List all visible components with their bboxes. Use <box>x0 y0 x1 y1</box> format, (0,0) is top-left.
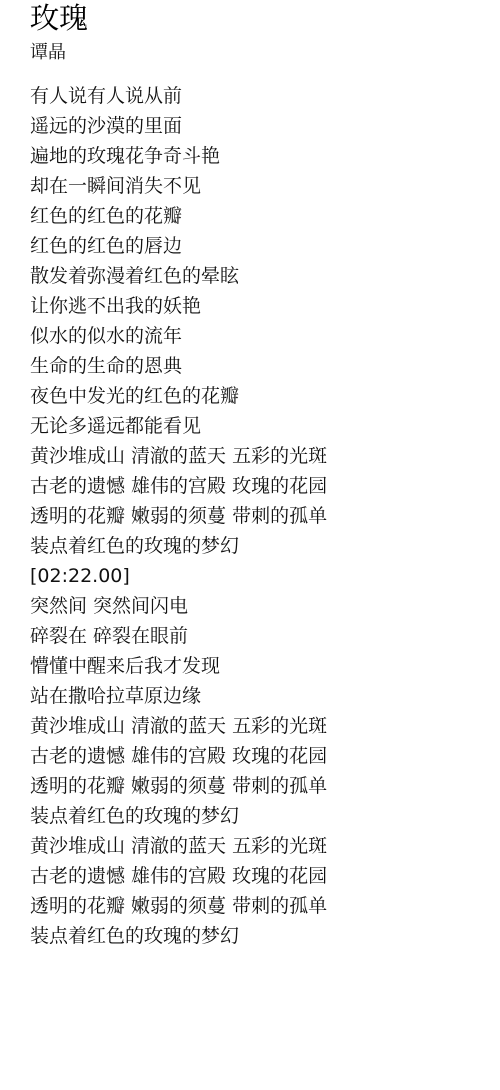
song-title: 玫瑰 <box>30 0 480 36</box>
lyric-line: 红色的红色的花瓣 <box>30 201 480 231</box>
lyric-line: 夜色中发光的红色的花瓣 <box>30 381 480 411</box>
lyric-line: 红色的红色的唇边 <box>30 231 480 261</box>
lyric-line: 遍地的玫瑰花争奇斗艳 <box>30 141 480 171</box>
lyric-line: 古老的遗憾 雄伟的宫殿 玫瑰的花园 <box>30 861 480 891</box>
lyric-timestamp: [02:22.00] <box>30 561 480 591</box>
lyric-line: 无论多遥远都能看见 <box>30 411 480 441</box>
lyric-line: 有人说有人说从前 <box>30 81 480 111</box>
lyric-line: 黄沙堆成山 清澈的蓝天 五彩的光斑 <box>30 441 480 471</box>
lyric-line: 古老的遗憾 雄伟的宫殿 玫瑰的花园 <box>30 471 480 501</box>
lyric-line: 装点着红色的玫瑰的梦幻 <box>30 801 480 831</box>
lyric-line: 却在一瞬间消失不见 <box>30 171 480 201</box>
lyric-line: 生命的生命的恩典 <box>30 351 480 381</box>
lyric-line: 黄沙堆成山 清澈的蓝天 五彩的光斑 <box>30 831 480 861</box>
lyric-line: 装点着红色的玫瑰的梦幻 <box>30 531 480 561</box>
lyric-line: 散发着弥漫着红色的晕眩 <box>30 261 480 291</box>
lyrics-page: 玫瑰 谭晶 有人说有人说从前 遥远的沙漠的里面 遍地的玫瑰花争奇斗艳 却在一瞬间… <box>30 0 480 967</box>
lyric-line: 碎裂在 碎裂在眼前 <box>30 621 480 651</box>
song-artist: 谭晶 <box>30 40 480 66</box>
lyric-line: 似水的似水的流年 <box>30 321 480 351</box>
lyric-line: 遥远的沙漠的里面 <box>30 111 480 141</box>
lyric-line: 突然间 突然间闪电 <box>30 591 480 621</box>
lyric-line: 让你逃不出我的妖艳 <box>30 291 480 321</box>
lyrics-list: 有人说有人说从前 遥远的沙漠的里面 遍地的玫瑰花争奇斗艳 却在一瞬间消失不见 红… <box>30 81 480 951</box>
lyric-line: 透明的花瓣 嫩弱的须蔓 带刺的孤单 <box>30 501 480 531</box>
lyric-line: 透明的花瓣 嫩弱的须蔓 带刺的孤单 <box>30 891 480 921</box>
lyric-line: 站在撒哈拉草原边缘 <box>30 681 480 711</box>
lyric-line: 装点着红色的玫瑰的梦幻 <box>30 921 480 951</box>
lyric-line: 透明的花瓣 嫩弱的须蔓 带刺的孤单 <box>30 771 480 801</box>
lyric-line: 古老的遗憾 雄伟的宫殿 玫瑰的花园 <box>30 741 480 771</box>
lyric-line: 黄沙堆成山 清澈的蓝天 五彩的光斑 <box>30 711 480 741</box>
lyric-line: 懵懂中醒来后我才发现 <box>30 651 480 681</box>
